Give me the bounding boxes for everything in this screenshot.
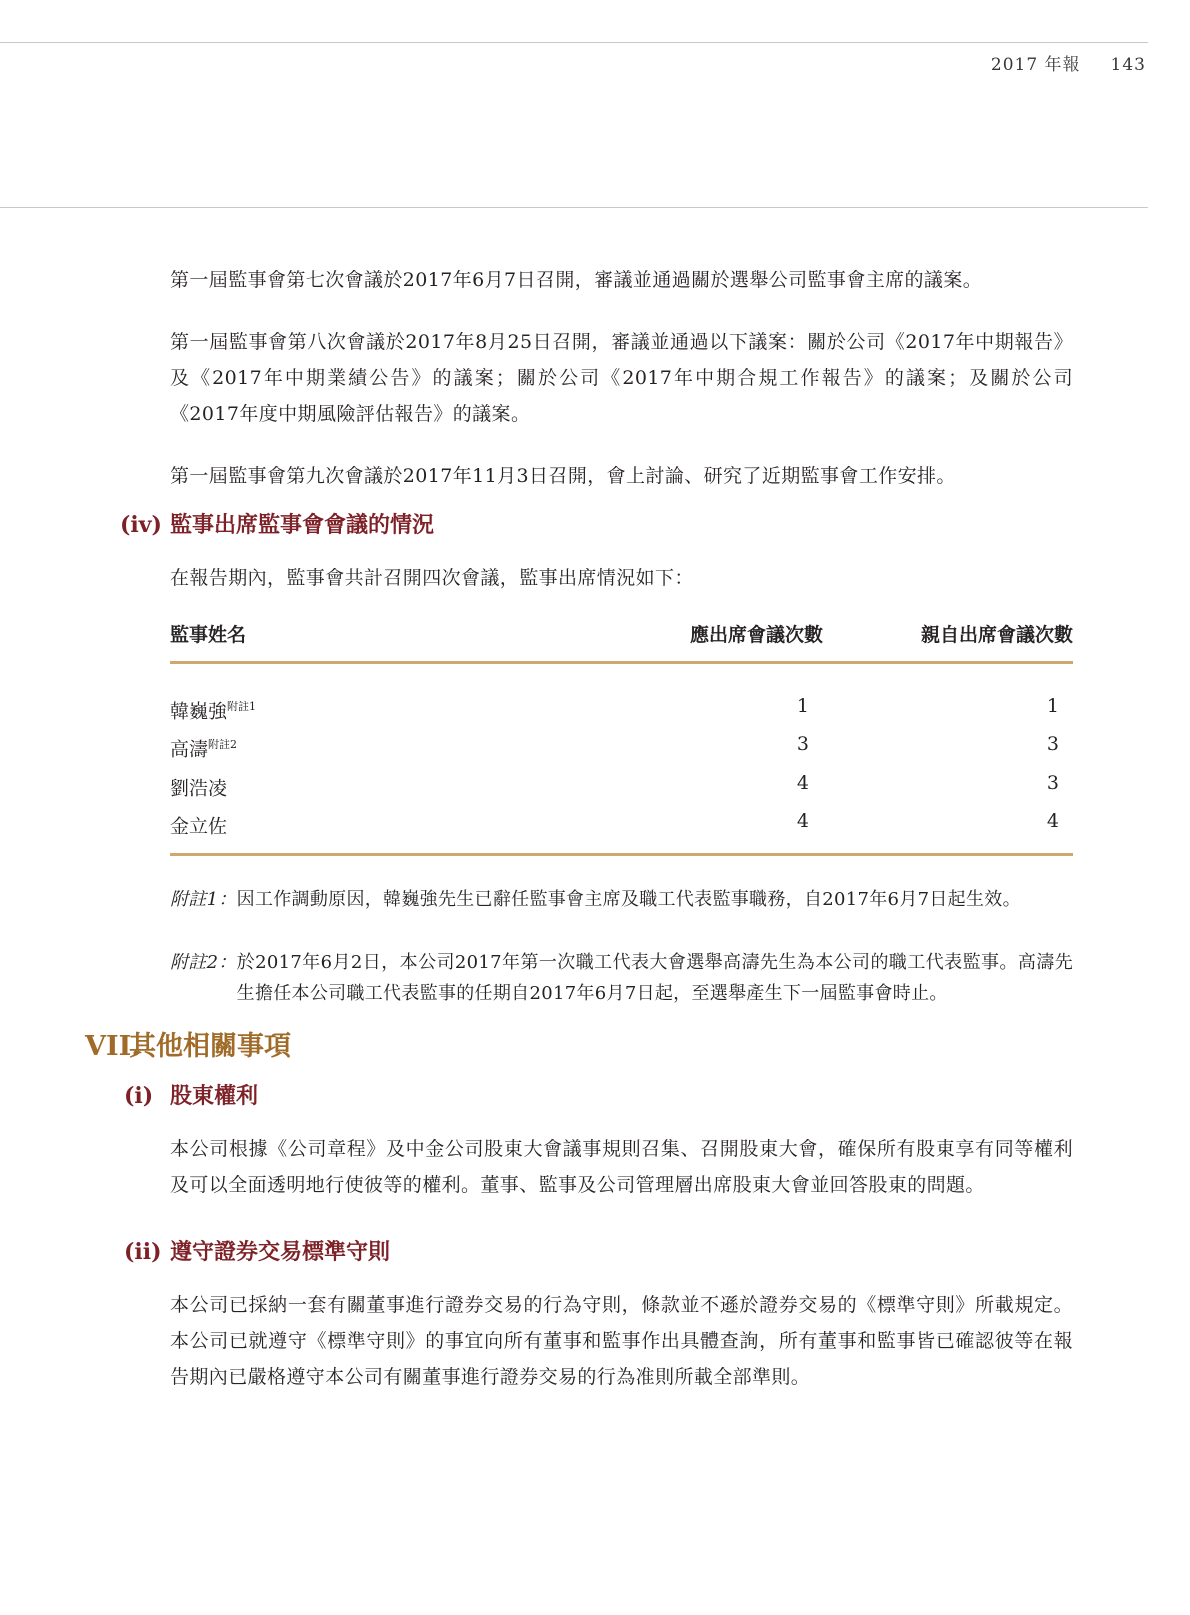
page-content: 第一屆監事會第七次會議於2017年6月7日召開，審議並通過關於選舉公司監事會主席… bbox=[0, 262, 1190, 1395]
footnote-2-text: 於2017年6月2日，本公司2017年第一次職工代表大會選舉高濤先生為本公司的職… bbox=[237, 947, 1073, 1009]
footnote-2: 附註2： 於2017年6月2日，本公司2017年第一次職工代表大會選舉高濤先生為… bbox=[170, 947, 1073, 1009]
meetings-required-value: 1 bbox=[613, 690, 823, 728]
table-row: 高濤附註2 3 3 bbox=[170, 728, 1073, 766]
note-reference: 附註1 bbox=[227, 700, 256, 713]
subsection-ii-body: 本公司已採納一套有關董事進行證券交易的行為守則，條款並不遜於證券交易的《標準守則… bbox=[170, 1287, 1073, 1395]
section-vii-heading: VII. 其他相關事項 bbox=[85, 1029, 1073, 1065]
report-title: 2017 年報 bbox=[991, 50, 1081, 75]
footnote-1: 附註1： 因工作調動原因，韓巍強先生已辭任監事會主席及職工代表監事職務，自201… bbox=[170, 884, 1073, 915]
subsection-ii-number: (ii) bbox=[124, 1237, 170, 1267]
supervisor-name: 高濤附註2 bbox=[170, 728, 613, 766]
meetings-attended-value: 3 bbox=[823, 728, 1073, 766]
subsection-i-heading: (i) 股東權利 bbox=[124, 1081, 1073, 1111]
subsection-i-title: 股東權利 bbox=[170, 1081, 258, 1111]
attendance-intro: 在報告期內，監事會共計召開四次會議，監事出席情況如下： bbox=[170, 560, 1073, 596]
footnote-2-label: 附註2： bbox=[170, 947, 237, 1009]
section-iv-heading: (iv) 監事出席監事會會議的情況 bbox=[120, 510, 1073, 540]
meetings-attended-value: 4 bbox=[823, 805, 1073, 843]
table-row: 金立佐 4 4 bbox=[170, 805, 1073, 843]
meetings-attended-value: 3 bbox=[823, 767, 1073, 805]
supervisor-name: 劉浩凌 bbox=[170, 767, 613, 805]
meetings-required-value: 4 bbox=[613, 805, 823, 843]
meetings-attended-value: 1 bbox=[823, 690, 1073, 728]
note-reference: 附註2 bbox=[208, 738, 237, 751]
attendance-table-header: 監事姓名 應出席會議次數 親自出席會議次數 bbox=[170, 620, 1073, 664]
table-row: 韓巍強附註1 1 1 bbox=[170, 690, 1073, 728]
top-divider bbox=[0, 42, 1148, 43]
table-row: 劉浩凌 4 3 bbox=[170, 767, 1073, 805]
section-vii-title: 其他相關事項 bbox=[129, 1029, 291, 1065]
supervisor-name: 韓巍強附註1 bbox=[170, 690, 613, 728]
footnote-1-text: 因工作調動原因，韓巍強先生已辭任監事會主席及職工代表監事職務，自2017年6月7… bbox=[237, 884, 1073, 915]
header-divider bbox=[0, 207, 1148, 208]
section-vii-number: VII. bbox=[85, 1029, 129, 1065]
section-iv-title: 監事出席監事會會議的情況 bbox=[170, 510, 434, 540]
supervisor-name: 金立佐 bbox=[170, 805, 613, 843]
subsection-i-number: (i) bbox=[124, 1081, 170, 1111]
paragraph-meeting-9: 第一屆監事會第九次會議於2017年11月3日召開，會上討論、研究了近期監事會工作… bbox=[170, 458, 1073, 494]
paragraph-meeting-7: 第一屆監事會第七次會議於2017年6月7日召開，審議並通過關於選舉公司監事會主席… bbox=[170, 262, 1073, 298]
column-meetings-attended: 親自出席會議次數 bbox=[823, 620, 1073, 647]
column-meetings-required: 應出席會議次數 bbox=[613, 620, 823, 647]
page-header: 2017 年報 143 bbox=[991, 50, 1146, 75]
attendance-table: 監事姓名 應出席會議次數 親自出席會議次數 韓巍強附註1 1 1 高濤附註2 3… bbox=[170, 620, 1073, 856]
column-supervisor-name: 監事姓名 bbox=[170, 620, 613, 647]
subsection-ii-title: 遵守證券交易標準守則 bbox=[170, 1237, 390, 1267]
meetings-required-value: 3 bbox=[613, 728, 823, 766]
meetings-required-value: 4 bbox=[613, 767, 823, 805]
paragraph-meeting-8: 第一屆監事會第八次會議於2017年8月25日召開，審議並通過以下議案：關於公司《… bbox=[170, 324, 1073, 432]
attendance-table-body: 韓巍強附註1 1 1 高濤附註2 3 3 劉浩凌 4 3 金立佐 4 4 bbox=[170, 664, 1073, 856]
subsection-ii-heading: (ii) 遵守證券交易標準守則 bbox=[124, 1237, 1073, 1267]
subsection-i-body: 本公司根據《公司章程》及中金公司股東大會議事規則召集、召開股東大會，確保所有股東… bbox=[170, 1131, 1073, 1203]
footnote-1-label: 附註1： bbox=[170, 884, 237, 915]
section-iv-number: (iv) bbox=[120, 510, 170, 540]
page-number: 143 bbox=[1111, 55, 1146, 75]
